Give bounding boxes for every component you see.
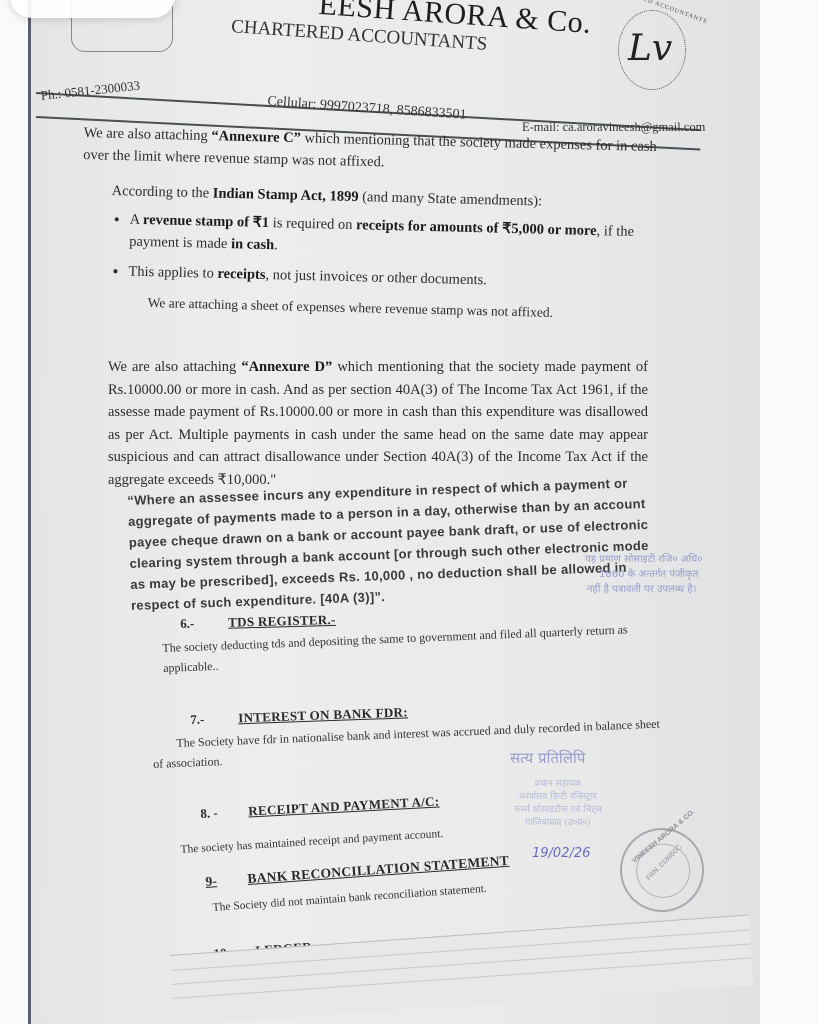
annexure-d-label: “Annexure D” — [241, 359, 332, 375]
handwritten-date: 19/02/26 — [532, 846, 590, 861]
bullet-bold: revenue stamp of ₹1 — [143, 212, 270, 231]
screen-overlay-tab — [10, 0, 175, 18]
office-stamp-line: फर्म्स सोसाइटीज एवं चिट्स — [498, 804, 618, 817]
office-stamp-line: गाजियाबाद (उ०प्र०) — [498, 817, 618, 830]
bullet-text: . — [274, 237, 278, 253]
bullet-bold: receipts — [217, 266, 265, 283]
annexure-d-intro-pre: We are also attaching — [108, 359, 241, 375]
section-title: TDS REGISTER.- — [228, 612, 336, 630]
annexure-d-intro-post: which mentioning that the society made p… — [108, 359, 648, 488]
section-40a3-quote: “Where an assessee incurs any expenditur… — [127, 472, 651, 616]
annexure-c-label: “Annexure C” — [211, 128, 301, 146]
section-number: 8. - — [200, 803, 249, 821]
annexure-c-intro-pre: We are also attaching — [84, 125, 212, 144]
section-number: 9- — [205, 871, 248, 890]
office-stamp-line: कार्यालय डिप्टी रजिस्ट्रार — [498, 791, 618, 804]
stamp-act-pre: According to the — [112, 183, 213, 201]
stamp-act-name: Indian Stamp Act, 1899 — [213, 185, 359, 205]
registrar-note-stamp: यह प्रमाण सोसाइटी रजि० अधि० 1860 के अन्त… — [585, 552, 702, 597]
bullet-text: This applies to — [128, 264, 217, 282]
registrar-note-line: 1860 के अन्तर्गत पंजीकृत — [585, 567, 702, 582]
bullet-item: This applies to receipts, not just invoi… — [128, 261, 647, 296]
office-stamp-line: प्रधान सहायक — [498, 778, 618, 791]
stamp-act-bullets: A revenue stamp of ₹1 is required on rec… — [102, 208, 649, 303]
seal-inner-ring — [632, 840, 695, 903]
registrar-note-line: नहीं है पत्रावली पर उपलब्ध है। — [585, 582, 702, 597]
bullet-text: , not just invoices or other documents. — [265, 267, 487, 288]
registrar-note-line: यह प्रमाण सोसाइटी रजि० अधि० — [585, 552, 702, 567]
seal-monogram: Lv — [628, 28, 672, 69]
section-number: 7.- — [190, 710, 239, 728]
bullet-bold: in cash — [231, 236, 275, 253]
stamp-act-post: (and many State amendments): — [358, 189, 542, 209]
bullet-text: is required on — [269, 215, 356, 233]
bullet-text: A — [130, 212, 144, 228]
section-number: 6.- — [180, 615, 228, 632]
annexure-d-paragraph: We are also attaching “Annexure D” which… — [108, 356, 648, 491]
true-copy-stamp: सत्य प्रतिलिपि — [510, 748, 585, 768]
registrar-office-stamp: प्रधान सहायक कार्यालय डिप्टी रजिस्ट्रार … — [498, 778, 618, 830]
bullet-bold: receipts for amounts of ₹5,000 or more — [356, 217, 597, 239]
